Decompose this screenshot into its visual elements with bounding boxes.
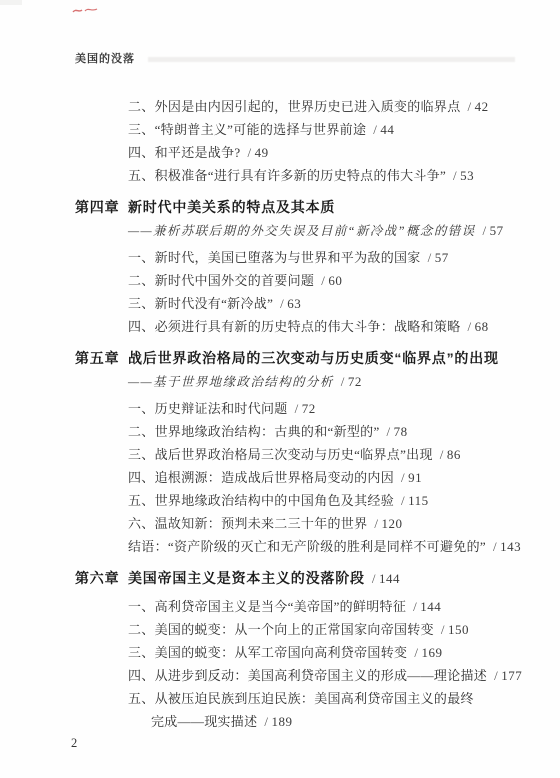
page-number: 120 [382,516,403,531]
toc-entry: 三、美国的蜕变：从军工帝国向高利贷帝国转变/169 [128,641,522,664]
toc-entry: 五、从被压迫民族到压迫民族：美国高利贷帝国主义的最终 [128,687,522,710]
page-number: 91 [408,470,422,485]
page-separator: / [483,223,487,238]
page-number: 78 [394,424,408,439]
entry-page-number: /86 [433,447,461,462]
entry-text: 四、追根溯源：造成战后世界格局变动的内因 [128,470,394,485]
page-number: 86 [447,447,461,462]
page-separator: / [494,668,498,683]
toc-entry: 五、积极准备“进行具有许多新的历史特点的伟大斗争”/53 [128,164,522,187]
chapter-number-label: 第四章 [75,196,128,219]
entry-text: 五、积极准备“进行具有许多新的历史特点的伟大斗争” [128,168,446,183]
chapter-title-wrap: 新时代中美关系的特点及其本质 [128,196,335,219]
entry-page-number: /42 [461,99,489,114]
page-number: 63 [287,296,301,311]
entry-text: 一、高利贷帝国主义是当今“美帝国”的鲜明特征 [128,599,406,614]
chapter-title-wrap: 战后世界政治格局的三次变动与历史质变“临界点”的出现 [128,347,499,370]
entry-text: 四、从进步到反动：美国高利贷帝国主义的形成——理论描述 [128,668,487,683]
page-number: 115 [408,493,429,508]
page-separator: / [440,447,444,462]
entry-text: 一、历史辩证法和时代问题 [128,401,288,416]
entry-text: ——基于世界地缘政治结构的分析 [128,375,334,389]
page-number: 144 [420,599,441,614]
entry-page-number: /57 [421,250,449,265]
page-separator: / [468,319,472,334]
toc-entry: 三、新时代没有“新冷战”/63 [128,292,522,315]
entry-page-number: /44 [366,122,394,137]
entry-page-number: /63 [273,296,301,311]
toc-entry: 二、新时代中国外交的首要问题/60 [128,269,522,292]
page-number: 189 [272,714,293,729]
entry-page-number: /49 [240,145,268,160]
page-number: 44 [380,122,394,137]
red-ink-mark [72,2,98,20]
toc-entry: 四、追根溯源：造成战后世界格局变动的内因/91 [128,466,522,489]
entry-text: 三、战后世界政治格局三次变动与历史“临界点”出现 [128,447,433,462]
running-header: 美国的没落 [75,50,135,66]
entry-text: 美国帝国主义是资本主义的没落阶段 [128,570,365,586]
toc-entry: 三、战后世界政治格局三次变动与历史“临界点”出现/86 [128,443,522,466]
toc-entry: 结语：“资产阶级的灭亡和无产阶级的胜利是同样不可避免的”/143 [128,535,522,558]
chapter-number-label: 第五章 [75,347,128,370]
page-number: 42 [475,99,489,114]
page-separator: / [401,493,405,508]
entry-text: 二、新时代中国外交的首要问题 [128,273,314,288]
page-separator: / [264,714,268,729]
page-number: 53 [460,168,474,183]
page-number: 57 [435,250,449,265]
entry-text: 二、世界地缘政治结构：古典的和“新型的” [128,424,380,439]
page-separator: / [401,470,405,485]
page-number: 60 [328,273,342,288]
page-number: 177 [501,668,522,683]
page-separator: / [374,516,378,531]
entry-text: 二、外因是由内因引起的，世界历史已进入质变的临界点 [128,99,461,114]
page-number: 144 [379,571,400,586]
page-separator: / [295,401,299,416]
toc-entry: 二、世界地缘政治结构：古典的和“新型的”/78 [128,420,522,443]
page-separator: / [280,296,284,311]
entry-page-number: /144 [406,599,441,614]
toc-entry: 一、高利贷帝国主义是当今“美帝国”的鲜明特征/144 [128,595,522,618]
page-separator: / [341,374,345,389]
entry-page-number: /53 [446,168,474,183]
chapter-number-label: 第六章 [75,567,128,590]
book-toc-page: 美国的没落 二、外因是由内因引起的，世界历史已进入质变的临界点/42三、“特朗普… [0,0,560,778]
entry-page-number: /91 [394,470,422,485]
toc-entry: 四、和平还是战争?/49 [128,141,522,164]
page-separator: / [321,273,325,288]
entry-text: ——兼析苏联后期的外交失误及目前“新冷战”概念的错误 [128,224,476,238]
entry-page-number: /150 [434,622,469,637]
page-number: 150 [448,622,469,637]
chapter-title-wrap: 美国帝国主义是资本主义的没落阶段/144 [128,567,400,590]
table-of-contents: 二、外因是由内因引起的，世界历史已进入质变的临界点/42三、“特朗普主义”可能的… [75,95,522,733]
entry-page-number: /72 [288,401,316,416]
page-separator: / [372,571,376,586]
entry-page-number: /143 [486,539,521,554]
entry-text: 三、“特朗普主义”可能的选择与世界前途 [128,122,366,137]
toc-entry: 二、美国的蜕变：从一个向上的正常国家向帝国转变/150 [128,618,522,641]
entry-text: 完成——现实描述 [151,714,257,729]
toc-chapter-subtitle: ——基于世界地缘政治结构的分析/72 [128,370,522,394]
scan-smudge [0,0,22,5]
toc-chapter-heading: 第六章美国帝国主义是资本主义的没落阶段/144 [75,567,522,590]
toc-entry: 完成——现实描述/189 [151,710,522,733]
page-separator: / [387,424,391,439]
page-separator: / [453,168,457,183]
entry-text: 三、新时代没有“新冷战” [128,296,273,311]
page-number: 72 [348,374,362,389]
page-separator: / [428,250,432,265]
entry-page-number: /120 [367,516,402,531]
entry-text: 五、从被压迫民族到压迫民族：美国高利贷帝国主义的最终 [128,691,474,706]
entry-page-number: /57 [476,223,504,238]
entry-page-number: /144 [365,571,400,586]
entry-text: 四、和平还是战争? [128,145,240,160]
entry-text: 一、新时代，美国已堕落为与世界和平为敌的国家 [128,250,421,265]
entry-text: 五、世界地缘政治结构中的中国角色及其经验 [128,493,394,508]
page-number: 72 [302,401,316,416]
toc-chapter-heading: 第四章新时代中美关系的特点及其本质 [75,196,522,219]
page-number: 49 [255,145,269,160]
entry-page-number: /68 [461,319,489,334]
entry-text: 结语：“资产阶级的灭亡和无产阶级的胜利是同样不可避免的” [128,539,486,554]
entry-text: 四、必须进行具有新的历史特点的伟大斗争：战略和策略 [128,319,461,334]
toc-entry: 二、外因是由内因引起的，世界历史已进入质变的临界点/42 [128,95,522,118]
entry-text: 三、美国的蜕变：从军工帝国向高利贷帝国转变 [128,645,407,660]
page-number: 57 [490,223,504,238]
entry-page-number: /72 [334,374,362,389]
header-rule [148,57,515,62]
page-number: 169 [421,645,442,660]
toc-entry: 四、必须进行具有新的历史特点的伟大斗争：战略和策略/68 [128,315,522,338]
entry-page-number: /115 [394,493,429,508]
page-separator: / [413,599,417,614]
entry-text: 二、美国的蜕变：从一个向上的正常国家向帝国转变 [128,622,434,637]
toc-entry: 一、新时代，美国已堕落为与世界和平为敌的国家/57 [128,246,522,269]
entry-page-number: /60 [314,273,342,288]
page-number: 143 [500,539,521,554]
page-separator: / [493,539,497,554]
entry-text: 六、温故知新：预判未来二三十年的世界 [128,516,367,531]
page-separator: / [414,645,418,660]
page-separator: / [468,99,472,114]
folio-page-number: 2 [71,736,77,751]
toc-entry: 五、世界地缘政治结构中的中国角色及其经验/115 [128,489,522,512]
toc-entry: 一、历史辩证法和时代问题/72 [128,397,522,420]
page-number: 68 [475,319,489,334]
entry-page-number: /177 [487,668,522,683]
page-separator: / [441,622,445,637]
toc-chapter-heading: 第五章战后世界政治格局的三次变动与历史质变“临界点”的出现 [75,347,522,370]
entry-page-number: /169 [407,645,442,660]
entry-text: 战后世界政治格局的三次变动与历史质变“临界点”的出现 [128,350,499,366]
toc-entry: 六、温故知新：预判未来二三十年的世界/120 [128,512,522,535]
page-separator: / [247,145,251,160]
toc-chapter-subtitle: ——兼析苏联后期的外交失误及目前“新冷战”概念的错误/57 [128,219,522,243]
entry-page-number: /189 [257,714,292,729]
toc-entry: 四、从进步到反动：美国高利贷帝国主义的形成——理论描述/177 [128,664,522,687]
page-separator: / [373,122,377,137]
entry-page-number: /78 [380,424,408,439]
entry-text: 新时代中美关系的特点及其本质 [128,199,335,215]
toc-entry: 三、“特朗普主义”可能的选择与世界前途/44 [128,118,522,141]
